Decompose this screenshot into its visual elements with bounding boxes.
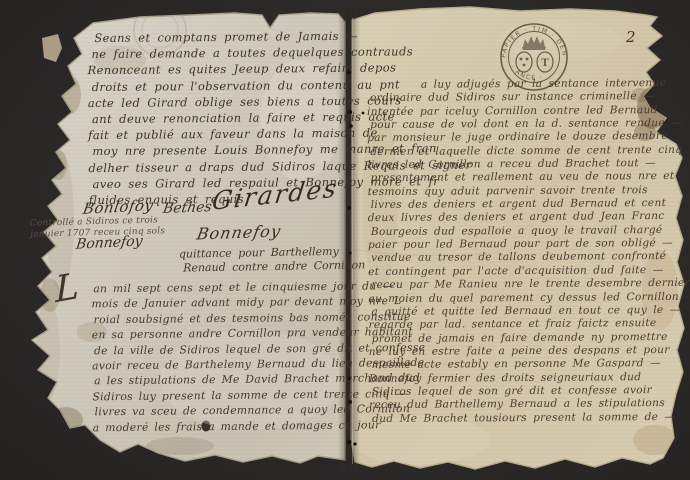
right-page-text: a luy adjugés par la sentance intervenue… xyxy=(367,77,675,426)
act2-heading: quittance pour Barthellemy Renaud contre… xyxy=(179,244,366,275)
manuscript-line: moy nre presente Louis Bonnefoy me manre… xyxy=(92,141,344,159)
control-registration-note: Controllé a Sidiros ce trois januier 170… xyxy=(30,215,166,241)
manuscript-line: dud Me Brachet tousiours present la somm… xyxy=(372,411,675,426)
manuscript-photo: { "page_left": { "act1_lines": [ "Seans … xyxy=(0,0,690,480)
stamp-shield-letter: T xyxy=(541,58,549,69)
manuscript-line: a moderé les frais a mande et domages ce… xyxy=(93,417,345,435)
left-page-act2-text: an mil sept cens sept et le cinquiesme j… xyxy=(91,279,345,436)
signature-bonnefoy-2: Bonnefoy xyxy=(195,221,282,243)
manuscript-line: Renonceant es quites Jeeup deux refaim d… xyxy=(88,60,344,78)
signature-bethes: Bethes xyxy=(162,199,213,217)
manuscript-line: droits et pour l'observation du contenu … xyxy=(92,76,344,94)
folio-number: 2 xyxy=(626,28,636,46)
act2-drop-initial: L xyxy=(54,266,79,312)
manuscript-line: delher tisseur a draps dud Sidiros laque… xyxy=(88,158,344,176)
paper-fragment xyxy=(42,34,62,62)
manuscript-line: receu par Me Ranieu nre le trente desemb… xyxy=(371,277,674,292)
signature-bonnefoy-1: Bonlofoy xyxy=(82,196,155,218)
